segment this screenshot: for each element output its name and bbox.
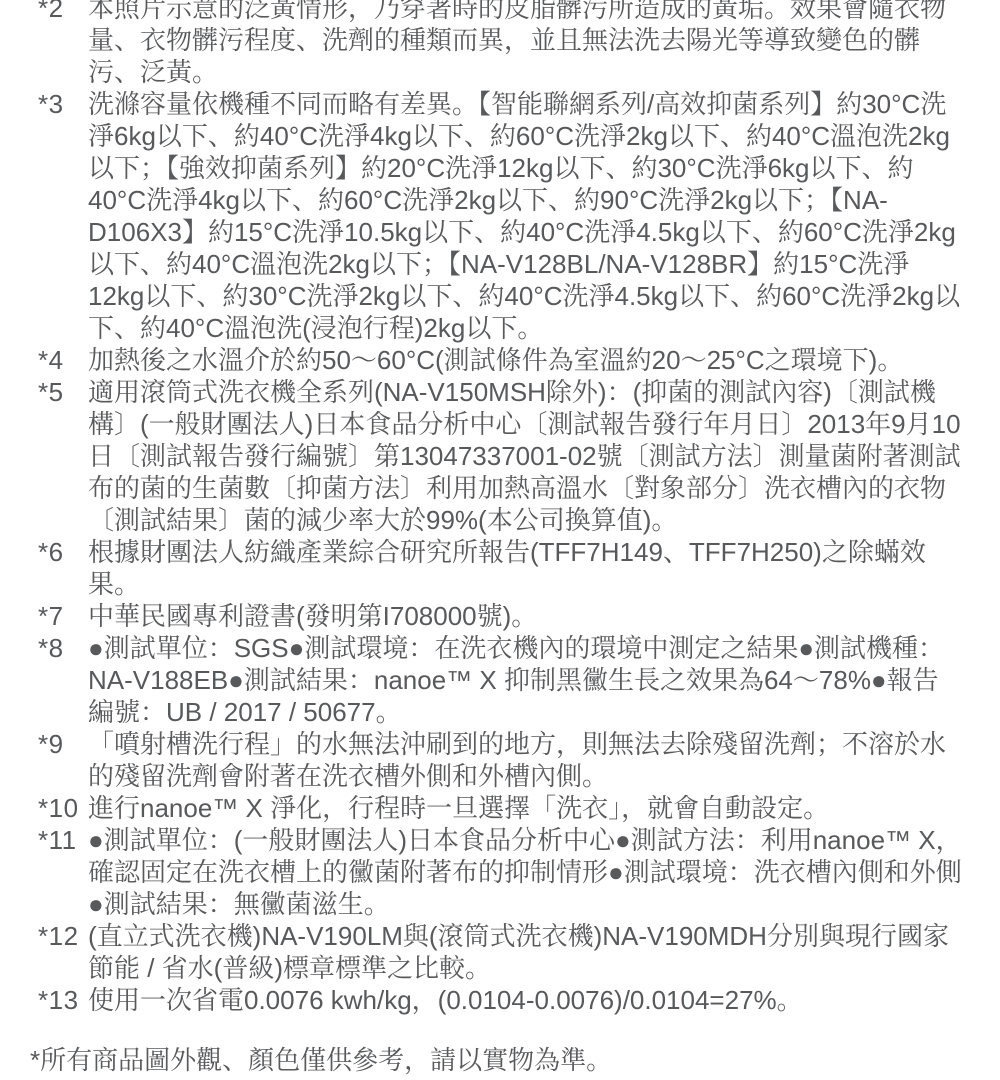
footnote-text: 中華民國專利證書(發明第I708000號)。 [88, 600, 964, 632]
footnote-marker: *6 [38, 536, 88, 568]
footnote-text: ●測試單位：(一般財團法人)日本食品分析中心●測試方法：利用nanoe™ X，確… [88, 824, 964, 920]
footnote-item: *9 「噴射槽洗行程」的水無法沖刷到的地方，則無法去除殘留洗劑；不溶於水的殘留洗… [38, 728, 964, 792]
footnote-item: *7 中華民國專利證書(發明第I708000號)。 [38, 600, 964, 632]
footnote-marker: *12 [38, 920, 88, 952]
footnote-text: 本照片示意的泛黃情形，乃穿著時的皮脂髒污所造成的黃垢。效果會隨衣物量、衣物髒污程… [88, 0, 964, 88]
footnote-marker: *11 [38, 824, 88, 856]
footnote-text: 根據財團法人紡織產業綜合研究所報告(TFF7H149、TFF7H250)之除蟎效… [88, 536, 964, 600]
footnote-item: *3 洗滌容量依機種不同而略有差異。【智能聯網系列/高效抑菌系列】約30°C洗淨… [38, 88, 964, 344]
footnote-text: 「噴射槽洗行程」的水無法沖刷到的地方，則無法去除殘留洗劑；不溶於水的殘留洗劑會附… [88, 728, 964, 792]
footnote-marker: *5 [38, 376, 88, 408]
footnote-item: *2 本照片示意的泛黃情形，乃穿著時的皮脂髒污所造成的黃垢。效果會隨衣物量、衣物… [38, 0, 964, 88]
footnote-item: *10 進行nanoe™ X 淨化，行程時一旦選擇「洗衣」，就會自動設定。 [38, 792, 964, 824]
footnote-item: *13 使用一次省電0.0076 kwh/kg，(0.0104-0.0076)/… [38, 984, 964, 1016]
footnote-item: *11 ●測試單位：(一般財團法人)日本食品分析中心●測試方法：利用nanoe™… [38, 824, 964, 920]
footnote-item: *6 根據財團法人紡織產業綜合研究所報告(TFF7H149、TFF7H250)之… [38, 536, 964, 600]
footnote-list: *2 本照片示意的泛黃情形，乃穿著時的皮脂髒污所造成的黃垢。效果會隨衣物量、衣物… [0, 0, 1000, 1016]
footnote-item: *4 加熱後之水溫介於約50～60°C(測試條件為室溫約20～25°C之環境下)… [38, 344, 964, 376]
footnote-text: 進行nanoe™ X 淨化，行程時一旦選擇「洗衣」，就會自動設定。 [88, 792, 964, 824]
footnote-marker: *9 [38, 728, 88, 760]
footnote-item: *8 ●測試單位：SGS●測試環境：在洗衣機內的環境中測定之結果●測試機種：NA… [38, 632, 964, 728]
footnote-item: *5 適用滾筒式洗衣機全系列(NA-V150MSH除外)：(抑菌的測試內容)〔測… [38, 376, 964, 536]
footnote-text: ●測試單位：SGS●測試環境：在洗衣機內的環境中測定之結果●測試機種：NA-V1… [88, 632, 964, 728]
footnote-marker: *13 [38, 984, 88, 1016]
footnote-item: *12 (直立式洗衣機)NA-V190LM與(滾筒式洗衣機)NA-V190MDH… [38, 920, 964, 984]
footnote-marker: *3 [38, 88, 88, 120]
footnote-text: (直立式洗衣機)NA-V190LM與(滾筒式洗衣機)NA-V190MDH分別與現… [88, 920, 964, 984]
footnote-text: 使用一次省電0.0076 kwh/kg，(0.0104-0.0076)/0.01… [88, 984, 964, 1016]
footnote-marker: *10 [38, 792, 88, 824]
footnote-marker: *4 [38, 344, 88, 376]
footnote-text: 適用滾筒式洗衣機全系列(NA-V150MSH除外)：(抑菌的測試內容)〔測試機構… [88, 376, 964, 536]
footnote-marker: *7 [38, 600, 88, 632]
footnote-marker: *2 [38, 0, 88, 24]
footnote-text: 加熱後之水溫介於約50～60°C(測試條件為室溫約20～25°C之環境下)。 [88, 344, 964, 376]
footnote-text: 洗滌容量依機種不同而略有差異。【智能聯網系列/高效抑菌系列】約30°C洗淨6kg… [88, 88, 964, 344]
footnote-marker: *8 [38, 632, 88, 664]
disclaimer-footer: *所有商品圖外觀、顏色僅供參考，請以實物為準。 [0, 1044, 1000, 1076]
